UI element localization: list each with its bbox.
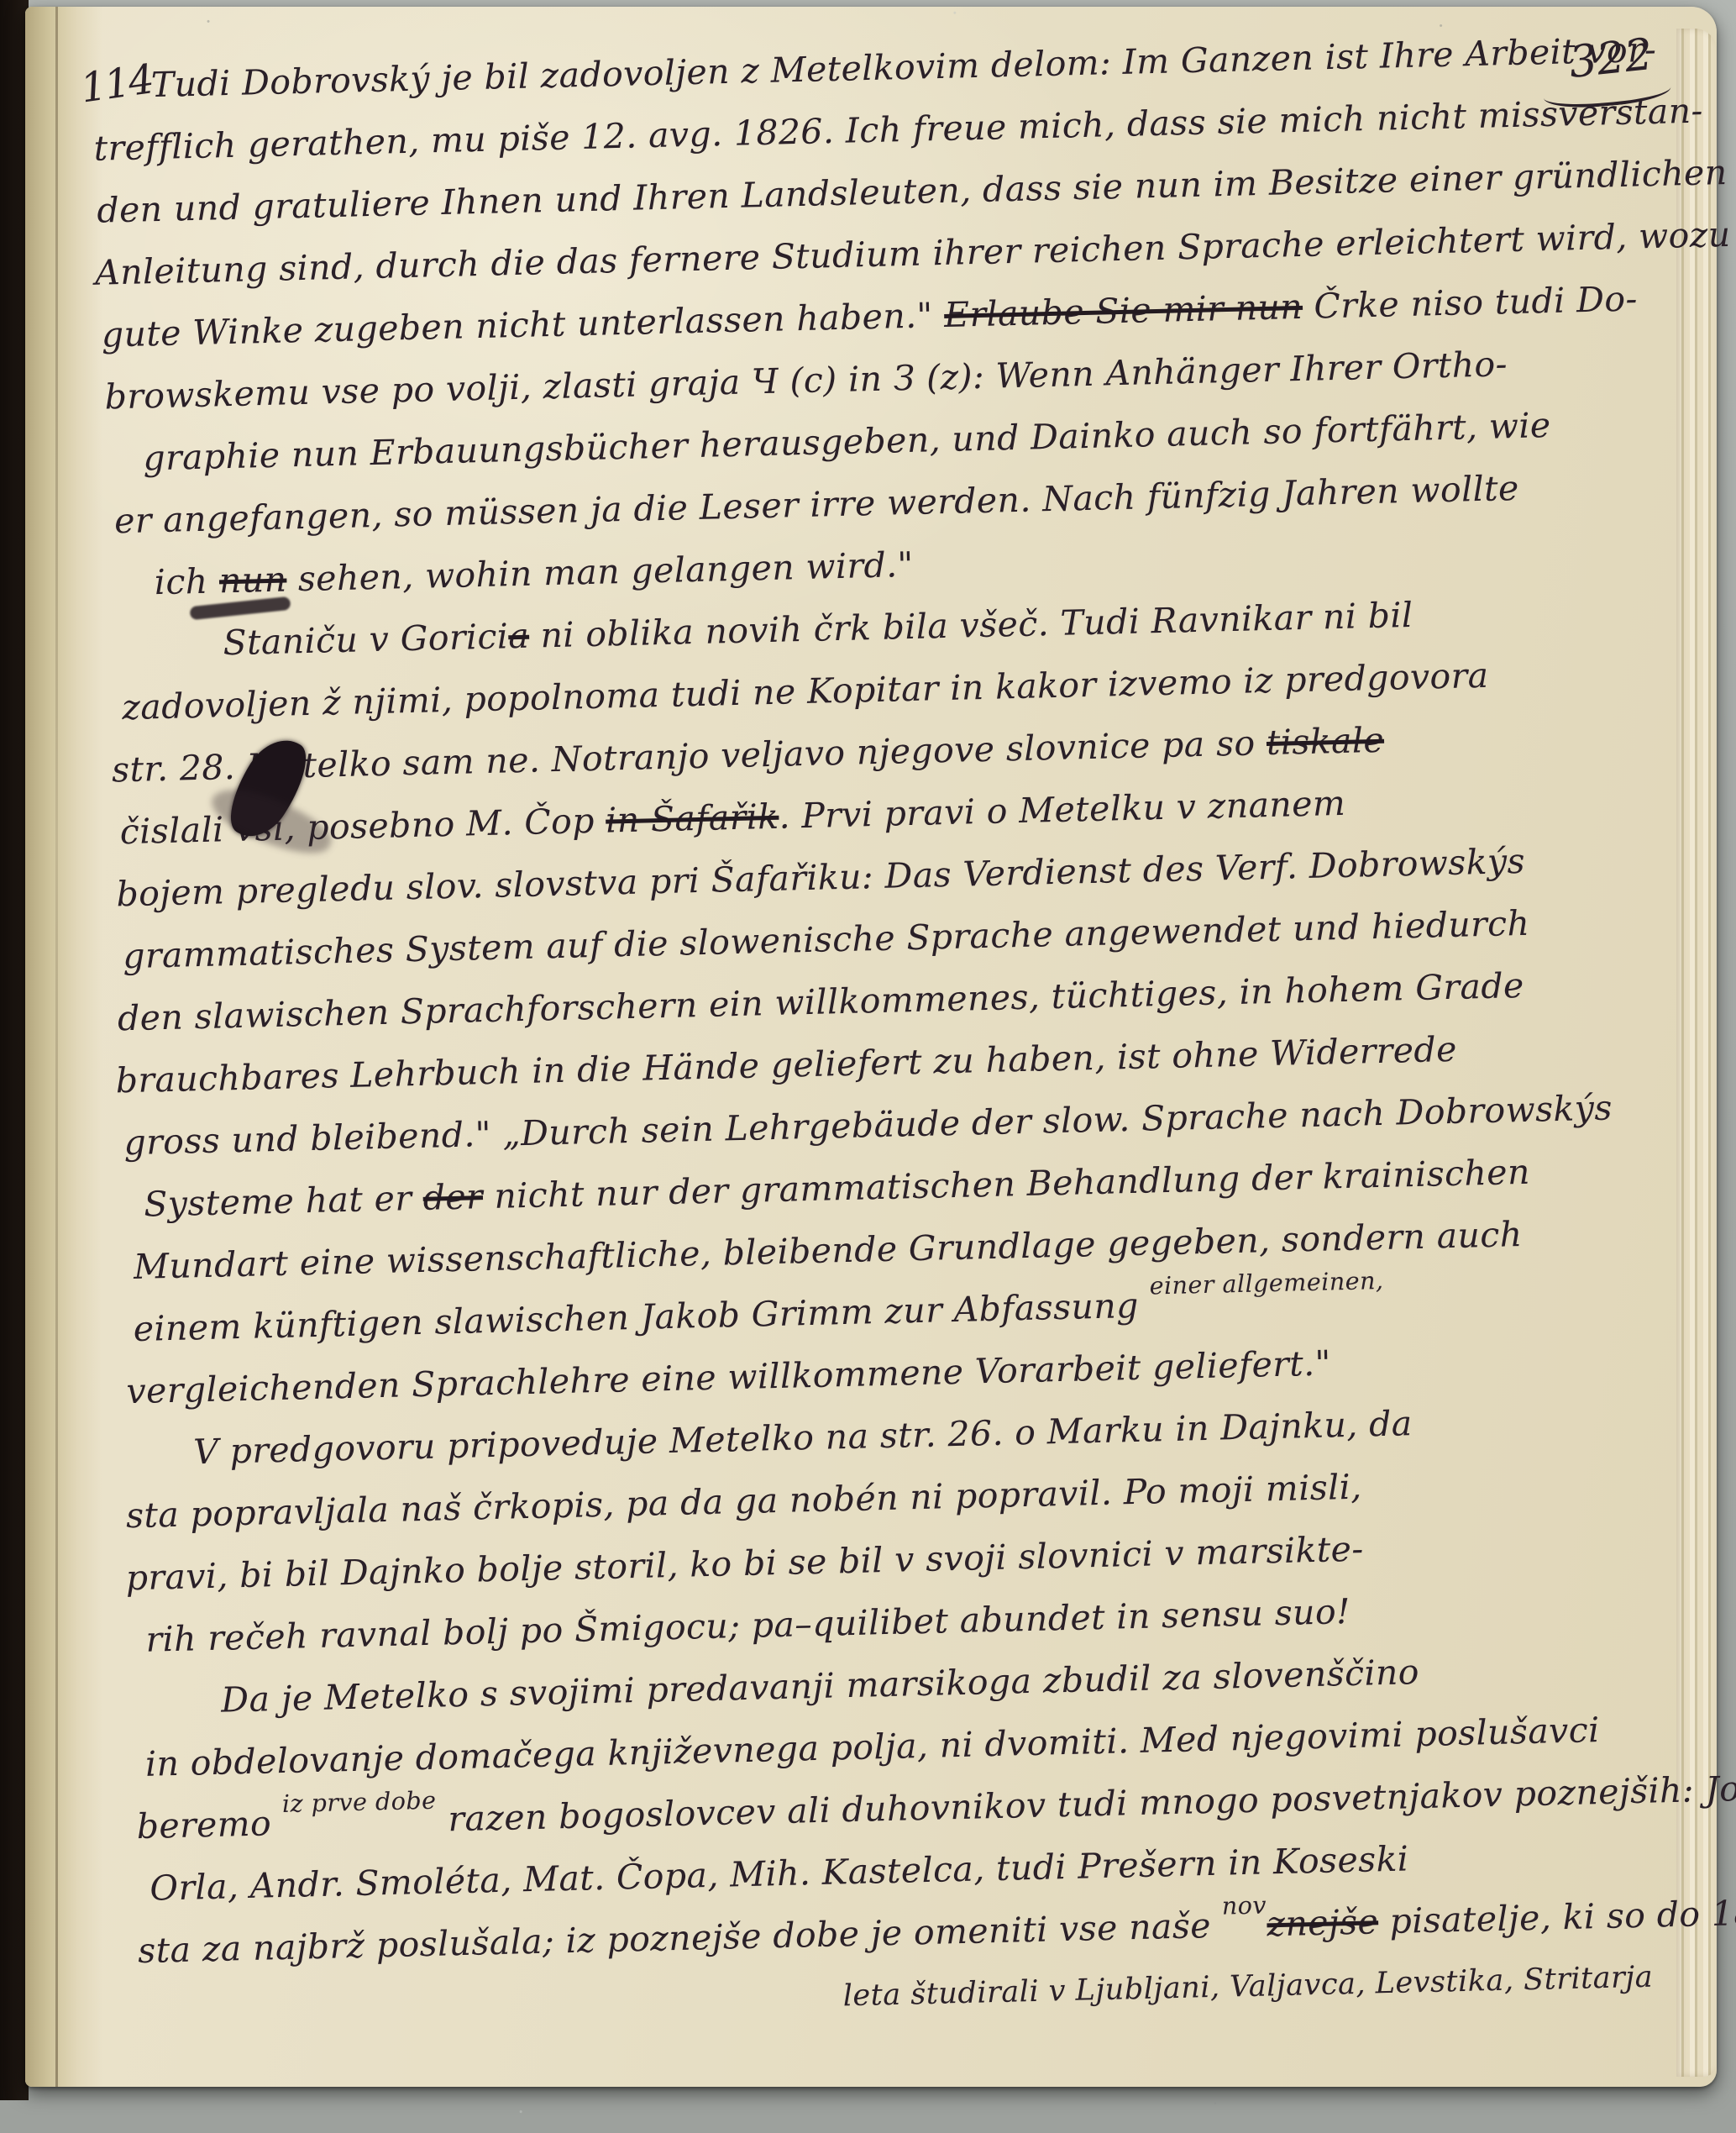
gutter-fold-line xyxy=(55,7,58,2087)
book-cover-edge xyxy=(0,0,29,2100)
manuscript-photo: { "photo": { "surface_color": "#a6aaa7",… xyxy=(0,0,1736,2133)
manuscript-text: Tudi Dobrovský je bil zadovoljen z Metel… xyxy=(83,18,1730,2044)
